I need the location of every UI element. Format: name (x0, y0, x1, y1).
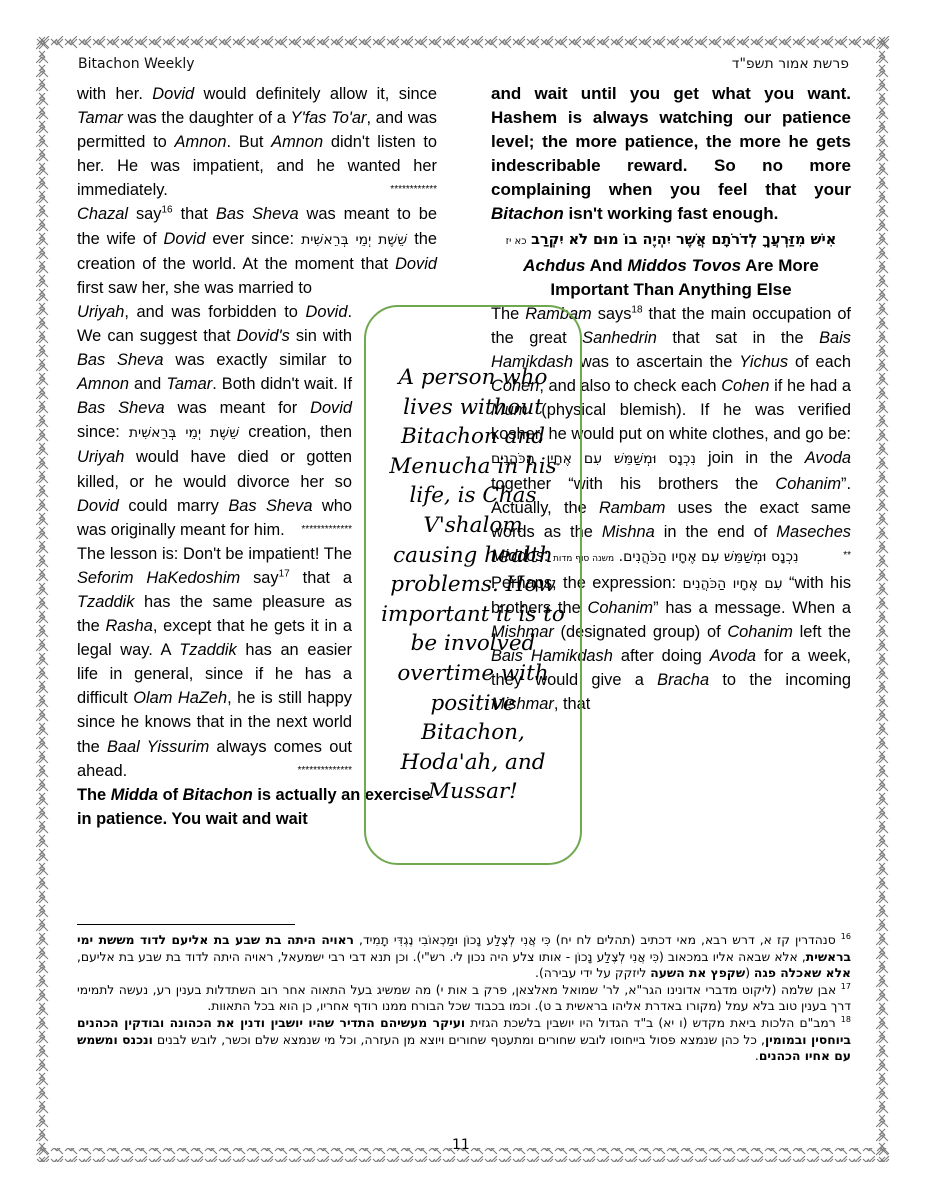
pull-quote-box: A person who lives without Bitachon and … (364, 305, 582, 865)
footnote-16: 16 סנהדרין קז א, דרש רבא, מאי דכתיב (תהל… (77, 932, 851, 982)
page-number: 11 (452, 1137, 470, 1153)
bold-paragraph: and wait until you get what you want. Ha… (491, 82, 851, 227)
newsletter-title: Bitachon Weekly (78, 56, 195, 72)
footnote-18: 18 רמב"ם הלכות ביאת מקדש (ו יא) ב"ד הגדו… (77, 1015, 851, 1065)
footnote-ref[interactable]: 17 (279, 568, 290, 579)
footnotes: 16 סנהדרין קז א, דרש רבא, מאי דכתיב (תהל… (77, 932, 851, 1065)
verse: אִישׁ מִזַּרְעֲךָ לְדֹרֹתָם אֲשֶׁר יִהְי… (491, 227, 851, 254)
paragraph: Chazal say16 that Bas Sheva was meant to… (77, 202, 437, 299)
section-separator: ** (843, 544, 851, 568)
paragraph-wrapped: The lesson is: Don't be impatient! The S… (77, 542, 352, 783)
paragraph-wrapped: Uriyah, and was forbidden to Dovid. We c… (77, 300, 352, 542)
footnote-ref[interactable]: 18 (631, 304, 642, 315)
pull-quote-text: A person who lives without Bitachon and … (366, 363, 580, 807)
section-separator: ************* (301, 518, 352, 542)
verse-ref: כא יז (506, 236, 527, 247)
footnote-ref[interactable]: 16 (162, 205, 173, 216)
footnote-17: 17 אבן שלמה (ליקוט מדברי אדונינו הגר"א, … (77, 982, 851, 1015)
paragraph: with her. Dovid would definitely allow i… (77, 82, 437, 202)
section-separator: ************** (298, 759, 352, 783)
section-heading: Achdus And Middos Tovos Are More Importa… (491, 254, 851, 302)
section-separator: ************ (390, 178, 437, 202)
parsha-title: פרשת אמור תשפ"ד (732, 56, 849, 72)
footnote-divider (77, 924, 295, 925)
